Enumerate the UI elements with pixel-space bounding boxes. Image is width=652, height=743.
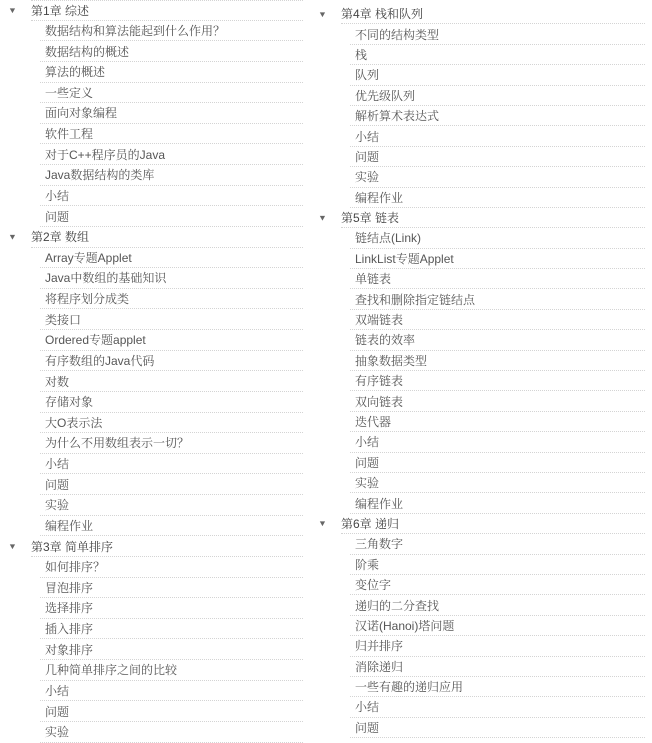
- toc-item-row[interactable]: 阶乘: [310, 555, 652, 575]
- toc-item-row[interactable]: 队列: [310, 65, 652, 85]
- toc-item-label: 解析算术表达式: [355, 107, 439, 124]
- indent-spacer: [0, 660, 40, 681]
- indent-spacer: [310, 677, 350, 697]
- toc-item-row[interactable]: 面向对象编程: [0, 103, 310, 124]
- chapter-title: 第5章 链表: [341, 209, 399, 226]
- indent-spacer: [310, 391, 350, 411]
- indent-spacer: [0, 495, 40, 516]
- chapter-lead: ▼: [0, 536, 31, 557]
- indent-spacer: [310, 86, 350, 106]
- indent-spacer: [0, 598, 40, 619]
- collapse-toggle-icon[interactable]: ▼: [318, 214, 327, 222]
- toc-item-row[interactable]: 栈: [310, 45, 652, 65]
- indent-spacer: [0, 289, 40, 310]
- collapse-toggle-icon[interactable]: ▼: [318, 520, 327, 528]
- toc-item-label: 问题: [355, 719, 379, 736]
- indent-spacer: [0, 268, 40, 289]
- chapter-lead: ▼: [310, 4, 341, 24]
- toc-item-label: 变位字: [355, 576, 391, 593]
- indent-spacer: [310, 555, 350, 575]
- toc-item-row[interactable]: 问题: [310, 453, 652, 473]
- toc-item-label: 归并排序: [355, 637, 403, 654]
- chapter-lead: ▼: [0, 0, 31, 21]
- toc-item-label: 小结: [45, 187, 69, 204]
- indent-spacer: [310, 453, 350, 473]
- indent-spacer: [310, 188, 350, 208]
- indent-spacer: [0, 701, 40, 722]
- toc-item-row[interactable]: 有序数组的Java代码: [0, 351, 310, 372]
- toc-item-row[interactable]: 大O表示法: [0, 413, 310, 434]
- toc-item-row[interactable]: 对数: [0, 371, 310, 392]
- toc-item-row[interactable]: 几种简单排序之间的比较: [0, 660, 310, 681]
- toc-item-label: 选择排序: [45, 599, 93, 616]
- indent-spacer: [310, 575, 350, 595]
- toc-item-label: 问题: [45, 703, 69, 720]
- toc-item-row[interactable]: 编程作业: [310, 188, 652, 208]
- chapter-lead: ▼: [310, 514, 341, 534]
- toc-item-label: 类接口: [45, 311, 81, 328]
- indent-spacer: [0, 474, 40, 495]
- indent-spacer: [310, 534, 350, 554]
- indent-spacer: [310, 310, 350, 330]
- toc-item-label: 栈: [355, 46, 367, 63]
- toc-item-row[interactable]: 问题: [0, 701, 310, 722]
- collapse-toggle-icon[interactable]: ▼: [8, 233, 17, 241]
- toc-item-label: 小结: [355, 128, 379, 145]
- toc-item-row[interactable]: 问题: [0, 474, 310, 495]
- indent-spacer: [0, 144, 40, 165]
- toc-item-label: 面向对象编程: [45, 104, 117, 121]
- indent-spacer: [310, 718, 350, 738]
- indent-spacer: [310, 269, 350, 289]
- toc-item-label: 队列: [355, 66, 379, 83]
- toc-item-label: 迭代器: [355, 413, 391, 430]
- chapter-row[interactable]: ▼第4章 栈和队列: [310, 4, 652, 24]
- toc-column-right: ▼第4章 栈和队列不同的结构类型栈队列优先级队列解析算术表达式小结问题实验编程作…: [310, 0, 652, 738]
- toc-item-row[interactable]: 如何排序？: [0, 557, 310, 578]
- indent-spacer: [310, 595, 350, 615]
- toc-item-label: 将程序划分成类: [45, 290, 129, 307]
- chapter-title: 第6章 递归: [341, 515, 399, 532]
- indent-spacer: [310, 167, 350, 187]
- toc-item-label: 有序数组的Java代码: [45, 352, 154, 369]
- toc-item-row[interactable]: 实验: [310, 167, 652, 187]
- toc-item-row[interactable]: 小结: [0, 186, 310, 207]
- indent-spacer: [0, 681, 40, 702]
- toc-item-label: 有序链表: [355, 372, 403, 389]
- indent-spacer: [310, 330, 350, 350]
- toc-column-left: ▼第1章 综述数据结构和算法能起到什么作用？数据结构的概述算法的概述一些定义面向…: [0, 0, 310, 743]
- toc-item-row[interactable]: 消除递归: [310, 657, 652, 677]
- chapter-row[interactable]: ▼第5章 链表: [310, 208, 652, 228]
- toc-item-row[interactable]: 解析算术表达式: [310, 106, 652, 126]
- toc-item-row[interactable]: 软件工程: [0, 124, 310, 145]
- toc-item-label: 阶乘: [355, 556, 379, 573]
- indent-spacer: [310, 147, 350, 167]
- toc-item-row[interactable]: Array专题Applet: [0, 248, 310, 269]
- indent-spacer: [0, 392, 40, 413]
- toc-item-label: 编程作业: [45, 517, 93, 534]
- toc-item-row[interactable]: Ordered专题applet: [0, 330, 310, 351]
- toc-item-label: 编程作业: [355, 189, 403, 206]
- indent-spacer: [0, 124, 40, 145]
- indent-spacer: [0, 21, 40, 42]
- toc-item-label: 单链表: [355, 270, 391, 287]
- toc-item-row[interactable]: 小结: [310, 126, 652, 146]
- indent-spacer: [0, 41, 40, 62]
- toc-item-label: Java数据结构的类库: [45, 166, 154, 183]
- toc-item-row[interactable]: 变位字: [310, 575, 652, 595]
- toc-item-label: 软件工程: [45, 125, 93, 142]
- toc-item-label: 优先级队列: [355, 87, 415, 104]
- toc-item-row[interactable]: 链结点(Link): [310, 228, 652, 248]
- indent-spacer: [310, 493, 350, 513]
- toc-item-label: 对数: [45, 373, 69, 390]
- toc-item-label: 大O表示法: [45, 414, 102, 431]
- toc-item-row[interactable]: 一些定义: [0, 83, 310, 104]
- toc-item-row[interactable]: 类接口: [0, 309, 310, 330]
- collapse-toggle-icon[interactable]: ▼: [318, 10, 327, 18]
- toc-item-label: 冒泡排序: [45, 579, 93, 596]
- toc-item-row[interactable]: 单链表: [310, 269, 652, 289]
- chapter-row[interactable]: ▼第2章 数组: [0, 227, 310, 248]
- indent-spacer: [310, 289, 350, 309]
- indent-spacer: [0, 165, 40, 186]
- toc-item-label: 三角数字: [355, 535, 403, 552]
- toc-item-row[interactable]: 小结: [0, 454, 310, 475]
- toc-item-row[interactable]: 有序链表: [310, 371, 652, 391]
- collapse-toggle-icon[interactable]: ▼: [8, 6, 17, 14]
- indent-spacer: [0, 351, 40, 372]
- toc-item-row[interactable]: 数据结构和算法能起到什么作用？: [0, 21, 310, 42]
- chapter-title: 第1章 综述: [31, 2, 89, 19]
- toc-item-row[interactable]: 递归的二分查找: [310, 595, 652, 615]
- toc-item-row[interactable]: LinkList专题Applet: [310, 249, 652, 269]
- toc-item-row[interactable]: 不同的结构类型: [310, 24, 652, 44]
- toc-item-label: 几种简单排序之间的比较: [45, 661, 177, 678]
- toc-item-row[interactable]: 数据结构的概述: [0, 41, 310, 62]
- toc-item-label: 算法的概述: [45, 63, 105, 80]
- toc-item-row[interactable]: 实验: [0, 495, 310, 516]
- toc-item-row[interactable]: 小结: [310, 432, 652, 452]
- toc-item-row[interactable]: 编程作业: [0, 516, 310, 537]
- chapter-row[interactable]: ▼第6章 递归: [310, 514, 652, 534]
- indent-spacer: [310, 657, 350, 677]
- toc-item-row[interactable]: 算法的概述: [0, 62, 310, 83]
- toc-item-label: 抽象数据类型: [355, 352, 427, 369]
- toc-item-label: 汉诺(Hanoi)塔问题: [355, 617, 454, 634]
- toc-item-row[interactable]: 迭代器: [310, 412, 652, 432]
- toc-item-row[interactable]: 冒泡排序: [0, 578, 310, 599]
- toc-item-row[interactable]: 选择排序: [0, 598, 310, 619]
- collapse-toggle-icon[interactable]: ▼: [8, 543, 17, 551]
- toc-item-row[interactable]: 问题: [0, 206, 310, 227]
- toc-item-label: 消除递归: [355, 658, 403, 675]
- indent-spacer: [0, 103, 40, 124]
- toc-item-label: 对于C++程序员的Java: [45, 146, 165, 163]
- indent-spacer: [0, 557, 40, 578]
- toc-item-label: 小结: [45, 682, 69, 699]
- toc-item-label: 小结: [355, 698, 379, 715]
- toc-item-row[interactable]: 编程作业: [310, 493, 652, 513]
- indent-spacer: [310, 228, 350, 248]
- toc-item-row[interactable]: 插入排序: [0, 619, 310, 640]
- toc-item-label: 实验: [355, 474, 379, 491]
- indent-spacer: [310, 697, 350, 717]
- toc-item-label: 双向链表: [355, 393, 403, 410]
- chapter-title: 第3章 简单排序: [31, 538, 113, 555]
- toc-item-row[interactable]: 为什么不用数组表示一切？: [0, 433, 310, 454]
- indent-spacer: [310, 371, 350, 391]
- indent-spacer: [310, 126, 350, 146]
- toc-item-label: 一些有趣的递归应用: [355, 678, 463, 695]
- toc-item-row[interactable]: 三角数字: [310, 534, 652, 554]
- toc-item-row[interactable]: 优先级队列: [310, 86, 652, 106]
- indent-spacer: [310, 616, 350, 636]
- toc-item-label: 问题: [355, 454, 379, 471]
- indent-spacer: [310, 636, 350, 656]
- toc-item-row[interactable]: Java数据结构的类库: [0, 165, 310, 186]
- chapter-lead: ▼: [310, 208, 341, 228]
- toc-item-label: 一些定义: [45, 84, 93, 101]
- toc-item-label: 双端链表: [355, 311, 403, 328]
- toc-item-label: 递归的二分查找: [355, 597, 439, 614]
- indent-spacer: [0, 206, 40, 227]
- toc-item-row[interactable]: 一些有趣的递归应用: [310, 677, 652, 697]
- toc-item-label: 小结: [45, 455, 69, 472]
- toc-item-label: 编程作业: [355, 495, 403, 512]
- indent-spacer: [310, 473, 350, 493]
- toc-item-label: Java中数组的基础知识: [45, 269, 166, 286]
- toc-item-row[interactable]: 实验: [0, 722, 310, 743]
- indent-spacer: [310, 24, 350, 44]
- indent-spacer: [310, 45, 350, 65]
- toc-item-row[interactable]: 双端链表: [310, 310, 652, 330]
- indent-spacer: [0, 248, 40, 269]
- toc-item-label: 问题: [45, 476, 69, 493]
- indent-spacer: [0, 722, 40, 743]
- indent-spacer: [0, 454, 40, 475]
- toc-item-label: LinkList专题Applet: [355, 250, 454, 267]
- chapter-lead: ▼: [0, 227, 31, 248]
- toc-item-row[interactable]: 抽象数据类型: [310, 351, 652, 371]
- indent-spacer: [0, 309, 40, 330]
- toc-item-row[interactable]: 双向链表: [310, 391, 652, 411]
- indent-spacer: [0, 413, 40, 434]
- toc-item-row[interactable]: 链表的效率: [310, 330, 652, 350]
- toc-item-label: 问题: [355, 148, 379, 165]
- toc-item-row[interactable]: Java中数组的基础知识: [0, 268, 310, 289]
- toc-item-label: 数据结构的概述: [45, 43, 129, 60]
- toc-item-row[interactable]: 实验: [310, 473, 652, 493]
- indent-spacer: [310, 65, 350, 85]
- indent-spacer: [0, 516, 40, 537]
- toc-item-label: 如何排序？: [45, 558, 105, 575]
- toc-item-label: 小结: [355, 433, 379, 450]
- indent-spacer: [310, 432, 350, 452]
- toc-item-label: 为什么不用数组表示一切？: [45, 434, 189, 451]
- indent-spacer: [0, 62, 40, 83]
- indent-spacer: [0, 578, 40, 599]
- indent-spacer: [0, 639, 40, 660]
- indent-spacer: [310, 106, 350, 126]
- chapter-title: 第2章 数组: [31, 228, 89, 245]
- chapter-row[interactable]: ▼第1章 综述: [0, 0, 310, 21]
- toc-item-row[interactable]: 小结: [310, 697, 652, 717]
- toc-item-label: 实验: [45, 496, 69, 513]
- toc-item-row[interactable]: 汉诺(Hanoi)塔问题: [310, 616, 652, 636]
- toc-item-row[interactable]: 小结: [0, 681, 310, 702]
- toc-item-label: 问题: [45, 208, 69, 225]
- toc-item-label: 实验: [45, 723, 69, 740]
- indent-spacer: [0, 619, 40, 640]
- toc-item-label: Array专题Applet: [45, 249, 132, 266]
- indent-spacer: [310, 351, 350, 371]
- toc-item-label: 实验: [355, 168, 379, 185]
- indent-spacer: [310, 249, 350, 269]
- toc-item-label: 存储对象: [45, 393, 93, 410]
- toc-item-label: 链结点(Link): [355, 229, 421, 246]
- toc-item-row[interactable]: 对于C++程序员的Java: [0, 144, 310, 165]
- toc-item-row[interactable]: 问题: [310, 718, 652, 738]
- chapter-row[interactable]: ▼第3章 简单排序: [0, 536, 310, 557]
- table-of-contents-tree: ▼第1章 综述数据结构和算法能起到什么作用？数据结构的概述算法的概述一些定义面向…: [0, 0, 652, 743]
- indent-spacer: [310, 412, 350, 432]
- toc-item-row[interactable]: 存储对象: [0, 392, 310, 413]
- toc-item-label: 数据结构和算法能起到什么作用？: [45, 22, 225, 39]
- indent-spacer: [0, 330, 40, 351]
- indent-spacer: [0, 433, 40, 454]
- toc-item-label: 链表的效率: [355, 331, 415, 348]
- toc-item-row[interactable]: 问题: [310, 147, 652, 167]
- toc-item-label: 查找和删除指定链结点: [355, 291, 475, 308]
- indent-spacer: [0, 186, 40, 207]
- toc-item-label: 对象排序: [45, 641, 93, 658]
- toc-item-label: 不同的结构类型: [355, 26, 439, 43]
- chapter-title: 第4章 栈和队列: [341, 5, 423, 22]
- indent-spacer: [0, 371, 40, 392]
- toc-item-row[interactable]: 将程序划分成类: [0, 289, 310, 310]
- toc-item-label: 插入排序: [45, 620, 93, 637]
- toc-item-label: Ordered专题applet: [45, 331, 146, 348]
- toc-item-row[interactable]: 对象排序: [0, 639, 310, 660]
- indent-spacer: [0, 83, 40, 104]
- toc-item-row[interactable]: 查找和删除指定链结点: [310, 289, 652, 309]
- toc-item-row[interactable]: 归并排序: [310, 636, 652, 656]
